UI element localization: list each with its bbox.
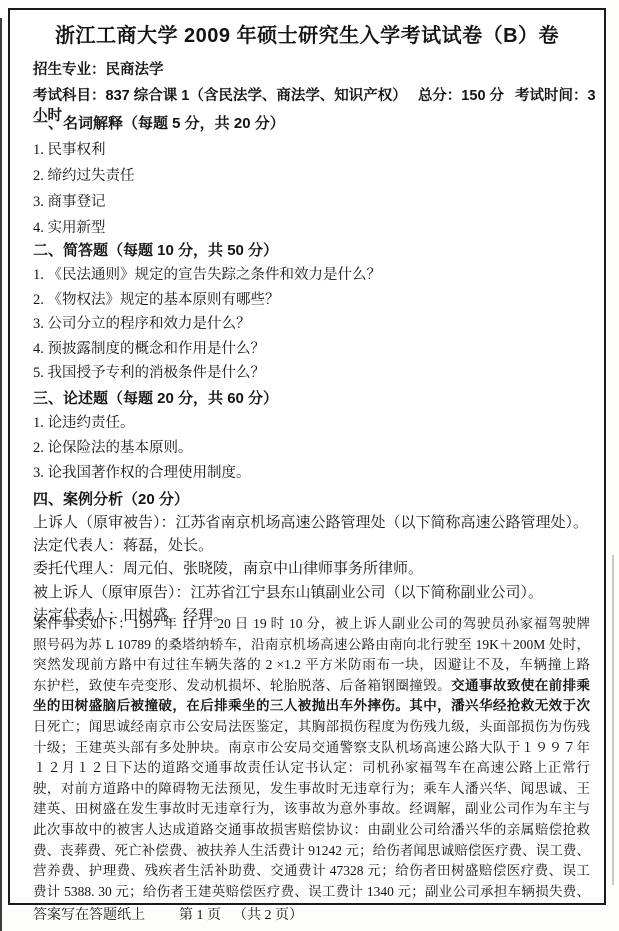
fact-line: 营养费、护理费、残疾者生活补助费、交通费计 47328 元；给伤者田树盛赔偿医疗… (33, 861, 590, 882)
question-item: 4. 预披露制度的概念和作用是什么？ (33, 337, 590, 362)
fact-line-emphasis: 坐的田树盛脑后被撞破，在后排乘坐的三人被抛出车外摔伤。其中，潘兴华经抢救无效于次 (33, 696, 590, 717)
scan-streak-artifact (612, 555, 614, 885)
section-heading: 三、论述题（每题 20 分，共 60 分） (33, 386, 590, 411)
page-number: 第 1 页 (179, 908, 221, 923)
exam-title: 浙江工商大学 2009 年硕士研究生入学考试试卷（B）卷 (10, 22, 604, 50)
fact-line: 十级；王建英头部有多处肿块。南京市公安局交通警察支队机场高速公路大队于１９９７年 (33, 738, 590, 759)
subject-text: 考试科目：837 综合课 1（含民法学、商法学、知识产权） (33, 88, 407, 104)
party-line-appellant: 上诉人（原审被告）：江苏省南京机场高速公路管理处（以下简称高速公路管理处）。 (33, 512, 590, 535)
admission-major-line: 招生专业：民商法学 (33, 60, 596, 80)
question-item: 1. 《民法通则》规定的宣告失踪之条件和效力是什么？ (33, 263, 590, 288)
question-item: 2. 缔约过失责任 (33, 163, 590, 189)
fact-line: 东护栏，致使车壳变形、发动机损坏、轮胎脱落、后备箱钢圈撞毁。交通事故致使在前排乘 (33, 676, 590, 697)
section-term-definitions: 一、名词解释（每题 5 分，共 20 分） 1. 民事权利 2. 缔约过失责任 … (33, 111, 590, 241)
exam-paper-frame: 浙江工商大学 2009 年硕士研究生入学考试试卷（B）卷 招生专业：民商法学 考… (8, 8, 606, 905)
question-item: 3. 商事登记 (33, 189, 590, 215)
page-footer: 答案写在答题纸上第 1 页（共 2 页） (33, 905, 593, 927)
party-line-appellee: 被上诉人（原审原告）：江苏省江宁县东山镇副业公司（以下简称副业公司）。 (33, 582, 590, 605)
total-pages: （共 2 页） (233, 908, 303, 923)
section-heading: 四、案例分析（20 分） (33, 488, 590, 512)
party-line-representative: 法定代表人：蒋磊，处长。 (33, 535, 590, 558)
question-item: 2. 论保险法的基本原则。 (33, 436, 590, 461)
question-item: 1. 论违约责任。 (33, 411, 590, 436)
fact-line: 日死亡；闻思诚经南京市公安局法医鉴定，其胸部损伤程度为伤残九级，头面部损伤为伤残 (33, 717, 590, 738)
case-facts-paragraph: 案件事实如下：1997 年 11 月 20 日 19 时 10 分，被上诉人副业… (33, 614, 590, 902)
fact-line: 驶，对前方道路中的障碍物无法预见，发生事故时无违章行为；乘车人潘兴华、闻思诚、王 (33, 779, 590, 800)
fact-text-emphasis: 交通事故致使在前排乘 (451, 678, 590, 693)
party-line-agents: 委托代理人：周元伯、张晓陵，南京中山律师事务所律师。 (33, 558, 590, 581)
fact-text: 东护栏，致使车壳变形、发动机损坏、轮胎脱落、后备箱钢圈撞毁。 (33, 678, 451, 693)
answer-sheet-note: 答案写在答题纸上 (33, 908, 145, 923)
scan-edge-artifact (0, 18, 2, 931)
fact-line: 照号码为苏 L 10789 的桑塔纳轿车，沿南京机场高速公路由南向北行驶至 19… (33, 635, 590, 656)
question-item: 5. 我国授予专利的消极条件是什么？ (33, 361, 590, 386)
question-item: 2. 《物权法》规定的基本原则有哪些？ (33, 288, 590, 313)
section-heading: 二、简答题（每题 10 分，共 50 分） (33, 238, 590, 263)
fact-line: １２月１２日下达的道路交通事故责任认定书认定：司机孙家福驾车在高速公路上正常行 (33, 758, 590, 779)
question-item: 1. 民事权利 (33, 137, 590, 163)
fact-line: 案件事实如下：1997 年 11 月 20 日 19 时 10 分，被上诉人副业… (33, 614, 590, 635)
case-parties: 上诉人（原审被告）：江苏省南京机场高速公路管理处（以下简称高速公路管理处）。 法… (33, 512, 590, 628)
total-score-text: 总分：150 分 (418, 88, 504, 104)
question-item: 3. 公司分立的程序和效力是什么？ (33, 312, 590, 337)
section-heading: 一、名词解释（每题 5 分，共 20 分） (33, 111, 590, 137)
fact-line: 此次事故中的被害人达成道路交通事故损害赔偿协议：由副业公司给潘兴华的亲属赔偿抢救 (33, 820, 590, 841)
question-item: 3. 论我国著作权的合理使用制度。 (33, 461, 590, 486)
fact-line: 费计 5388. 30 元；给伤者王建英赔偿医疗费、误工费计 1340 元；副业… (33, 882, 590, 903)
fact-line: 建英、田树盛在发生事故时无违章行为，该事故为意外事故。经调解，副业公司作为车主与 (33, 799, 590, 820)
section-case-analysis: 四、案例分析（20 分） (33, 488, 590, 512)
fact-line: 费、丧葬费、死亡补偿费、被扶养人生活费计 91242 元；给伤者闻思诚赔偿医疗费… (33, 841, 590, 862)
section-essay: 三、论述题（每题 20 分，共 60 分） 1. 论违约责任。 2. 论保险法的… (33, 386, 590, 486)
section-short-answer: 二、简答题（每题 10 分，共 50 分） 1. 《民法通则》规定的宣告失踪之条… (33, 238, 590, 386)
fact-line: 突然发现前方路中有过往车辆失落的 2 ×1.2 平方米防雨布一块，因避让不及，车… (33, 655, 590, 676)
